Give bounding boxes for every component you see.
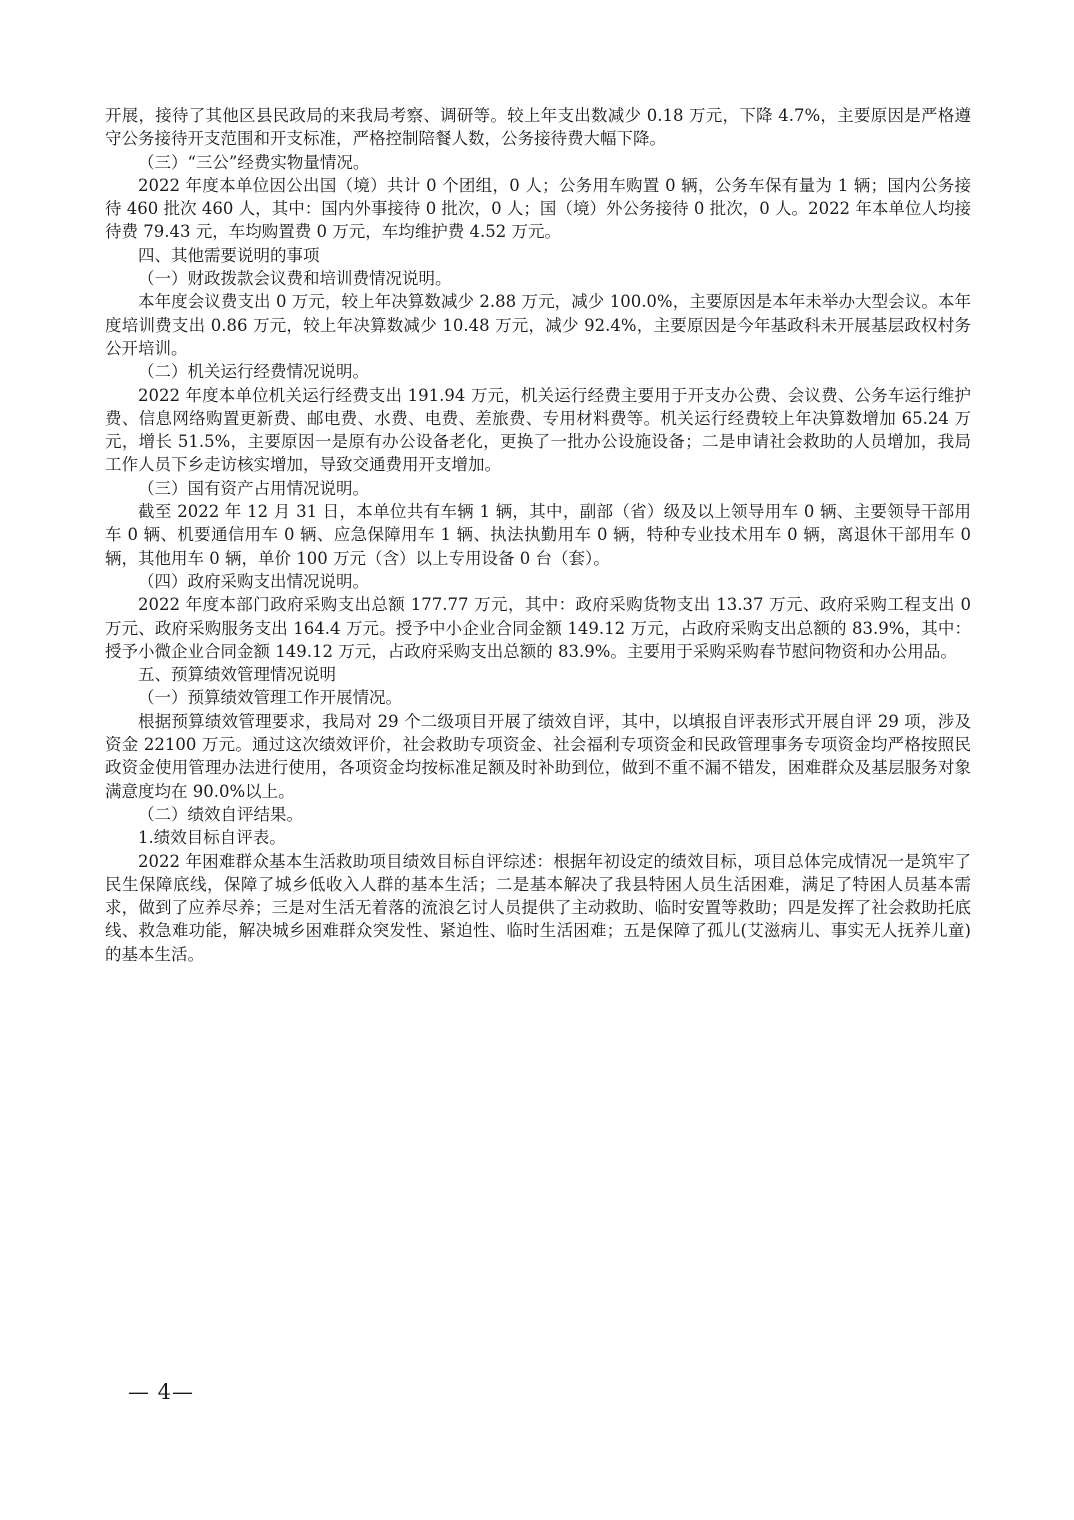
heading-goal-table: 1.绩效目标自评表。 bbox=[105, 826, 971, 849]
paragraph: 截至 2022 年 12 月 31 日，本单位共有车辆 1 辆，其中，副部（省）… bbox=[105, 500, 971, 570]
heading-meeting-training: （一）财政拨款会议费和培训费情况说明。 bbox=[105, 267, 971, 290]
paragraph: 2022 年度本部门政府采购支出总额 177.77 万元，其中：政府采购货物支出… bbox=[105, 593, 971, 663]
heading-operating-expenses: （二）机关运行经费情况说明。 bbox=[105, 360, 971, 383]
heading-three-public-physical: （三）“三公”经费实物量情况。 bbox=[105, 151, 971, 174]
heading-government-procurement: （四）政府采购支出情况说明。 bbox=[105, 570, 971, 593]
page-number: — 4— bbox=[128, 1380, 194, 1404]
paragraph: 根据预算绩效管理要求，我局对 29 个二级项目开展了绩效自评，其中，以填报自评表… bbox=[105, 710, 971, 803]
section-heading-other-matters: 四、其他需要说明的事项 bbox=[105, 244, 971, 267]
paragraph: 本年度会议费支出 0 万元，较上年决算数减少 2.88 万元，减少 100.0%… bbox=[105, 290, 971, 360]
paragraph: 2022 年困难群众基本生活救助项目绩效目标自评综述：根据年初设定的绩效目标，项… bbox=[105, 850, 971, 966]
paragraph: 2022 年度本单位因公出国（境）共计 0 个团组，0 人；公务用车购置 0 辆… bbox=[105, 174, 971, 244]
section-heading-performance: 五、预算绩效管理情况说明 bbox=[105, 663, 971, 686]
document-body: 开展，接待了其他区县民政局的来我局考察、调研等。较上年支出数减少 0.18 万元… bbox=[105, 104, 971, 966]
heading-performance-work: （一）预算绩效管理工作开展情况。 bbox=[105, 686, 971, 709]
heading-state-assets: （三）国有资产占用情况说明。 bbox=[105, 477, 971, 500]
heading-self-evaluation-results: （二）绩效自评结果。 bbox=[105, 803, 971, 826]
paragraph: 2022 年度本单位机关运行经费支出 191.94 万元，机关运行经费主要用于开… bbox=[105, 384, 971, 477]
paragraph: 开展，接待了其他区县民政局的来我局考察、调研等。较上年支出数减少 0.18 万元… bbox=[105, 104, 971, 151]
